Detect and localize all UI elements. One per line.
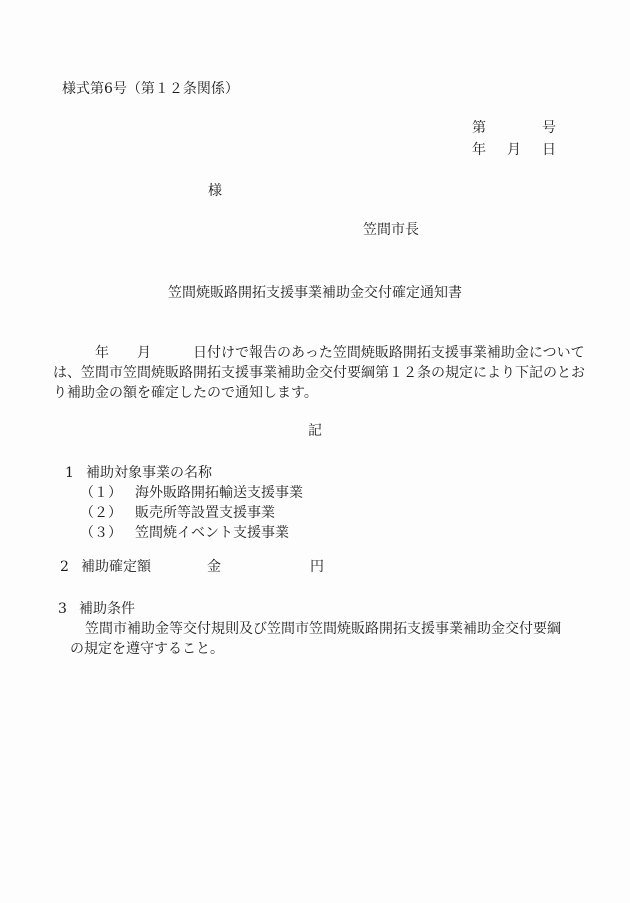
item-1-number: （１） xyxy=(80,485,122,501)
body-paragraph: 年 月 日付けで報告のあった笠間焼販路開拓支援事業補助金について は、笠間市笠間… xyxy=(53,343,598,403)
document-title: 笠間焼販路開拓支援事業補助金交付確定通知書 xyxy=(0,283,630,303)
date-year-label: 年 xyxy=(472,139,486,161)
document-number-line: 第 号 xyxy=(472,117,556,139)
section-3-heading: 3補助条件 xyxy=(58,599,561,619)
item-2-text: 販売所等設置支援事業 xyxy=(135,505,275,521)
list-item: （１）海外販路開拓輸送支援事業 xyxy=(80,483,303,503)
body-line-2: は、笠間市笠間焼販路開拓支援事業補助金交付要綱第１２条の規定により下記のとお xyxy=(53,363,598,383)
ki-marker: 記 xyxy=(0,421,630,441)
number-date-block: 第 号 年 月 日 xyxy=(472,117,556,161)
item-2-number: （２） xyxy=(80,505,122,521)
body-line-3: り補助金の額を確定したので通知します。 xyxy=(53,383,598,403)
section-3-number: 3 xyxy=(58,599,79,619)
conditions-line-1: 笠間市補助金等交付規則及び笠間市笠間焼販路開拓支援事業補助金交付要綱 xyxy=(58,619,561,639)
date-month-label: 月 xyxy=(507,139,521,161)
amount-yen-label: 円 xyxy=(310,559,324,575)
section-conditions: 3補助条件 笠間市補助金等交付規則及び笠間市笠間焼販路開拓支援事業補助金交付要綱… xyxy=(58,599,561,659)
section-1-heading: 1補助対象事業の名称 xyxy=(65,463,303,483)
body-line-1: 年 月 日付けで報告のあった笠間焼販路開拓支援事業補助金について xyxy=(53,343,598,363)
section-1-title: 補助対象事業の名称 xyxy=(86,465,212,481)
date-line: 年 月 日 xyxy=(472,139,556,161)
amount-kin-label: 金 xyxy=(207,559,221,575)
section-3-title: 補助条件 xyxy=(79,601,135,617)
section-1-number: 1 xyxy=(65,463,86,483)
section-subsidized-projects: 1補助対象事業の名称 （１）海外販路開拓輸送支援事業 （２）販売所等設置支援事業… xyxy=(65,463,303,543)
section-2-number: 2 xyxy=(60,557,81,577)
date-day-label: 日 xyxy=(542,139,556,161)
item-3-text: 笠間焼イベント支援事業 xyxy=(135,525,289,541)
addressee-honorific: 様 xyxy=(208,181,222,201)
doc-number-suffix: 号 xyxy=(542,117,556,139)
list-item: （２）販売所等設置支援事業 xyxy=(80,503,303,523)
sender-title: 笠間市長 xyxy=(363,220,419,240)
form-number-label: 様式第6号（第１２条関係） xyxy=(62,79,239,99)
item-1-text: 海外販路開拓輸送支援事業 xyxy=(135,485,303,501)
document-page: 様式第6号（第１２条関係） 第 号 年 月 日 様 笠間市長 笠間焼販路開拓支援… xyxy=(0,0,630,903)
section-2-title: 補助確定額 xyxy=(81,559,151,575)
conditions-line-2: の規定を遵守すること。 xyxy=(58,639,561,659)
item-3-number: （３） xyxy=(80,525,122,541)
list-item: （３）笠間焼イベント支援事業 xyxy=(80,523,303,543)
doc-number-prefix: 第 xyxy=(472,117,486,139)
section-confirmed-amount: 2補助確定額金円 xyxy=(60,557,324,577)
